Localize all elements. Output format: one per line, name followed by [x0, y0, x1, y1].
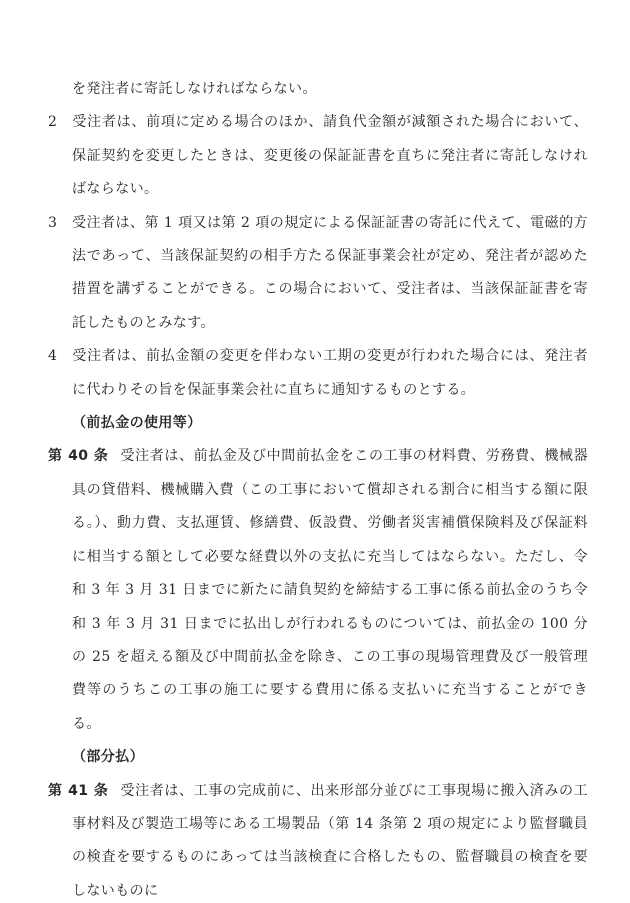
- article-text: 受注者は、工事の完成前に、出来形部分並びに工事現場に搬入済みの工事材料及び製造工…: [72, 783, 588, 899]
- clause-number: 4: [48, 340, 72, 373]
- section-heading-text: （前払金の使用等）: [72, 415, 202, 431]
- clause-text: 受注者は、前項に定める場合のほか、請負代金額が減額された場合において、保証契約を…: [72, 114, 588, 197]
- clause-item-3: 3受注者は、第 1 項又は第 2 項の規定による保証証書の寄託に代えて、電磁的方…: [48, 207, 588, 341]
- article-41: 第 41 条受注者は、工事の完成前に、出来形部分並びに工事現場に搬入済みの工事材…: [48, 775, 588, 903]
- paragraph-continuation: を発注者に寄託しなければならない。: [48, 73, 588, 106]
- contract-document-page: を発注者に寄託しなければならない。 2受注者は、前項に定める場合のほか、請負代金…: [0, 0, 630, 903]
- article-label: 第 41 条: [48, 783, 109, 799]
- article-text: 受注者は、前払金及び中間前払金をこの工事の材料費、労務費、機械器具の貸借料、機械…: [72, 448, 588, 731]
- clause-number: 2: [48, 106, 72, 139]
- section-heading-advance-payment-use: （前払金の使用等）: [48, 407, 588, 440]
- clause-text: 受注者は、前払金額の変更を伴わない工期の変更が行われた場合には、発注者に代わりそ…: [72, 348, 588, 397]
- article-40: 第 40 条受注者は、前払金及び中間前払金をこの工事の材料費、労務費、機械器具の…: [48, 440, 588, 741]
- paragraph-text: を発注者に寄託しなければならない。: [72, 81, 317, 97]
- clause-number: 3: [48, 207, 72, 240]
- section-heading-partial-payment: （部分払）: [48, 741, 588, 774]
- clause-text: 受注者は、第 1 項又は第 2 項の規定による保証証書の寄託に代えて、電磁的方法…: [72, 215, 588, 331]
- clause-item-2: 2受注者は、前項に定める場合のほか、請負代金額が減額された場合において、保証契約…: [48, 106, 588, 206]
- clause-item-4: 4受注者は、前払金額の変更を伴わない工期の変更が行われた場合には、発注者に代わり…: [48, 340, 588, 407]
- article-label: 第 40 条: [48, 448, 109, 464]
- section-heading-text: （部分払）: [72, 749, 144, 765]
